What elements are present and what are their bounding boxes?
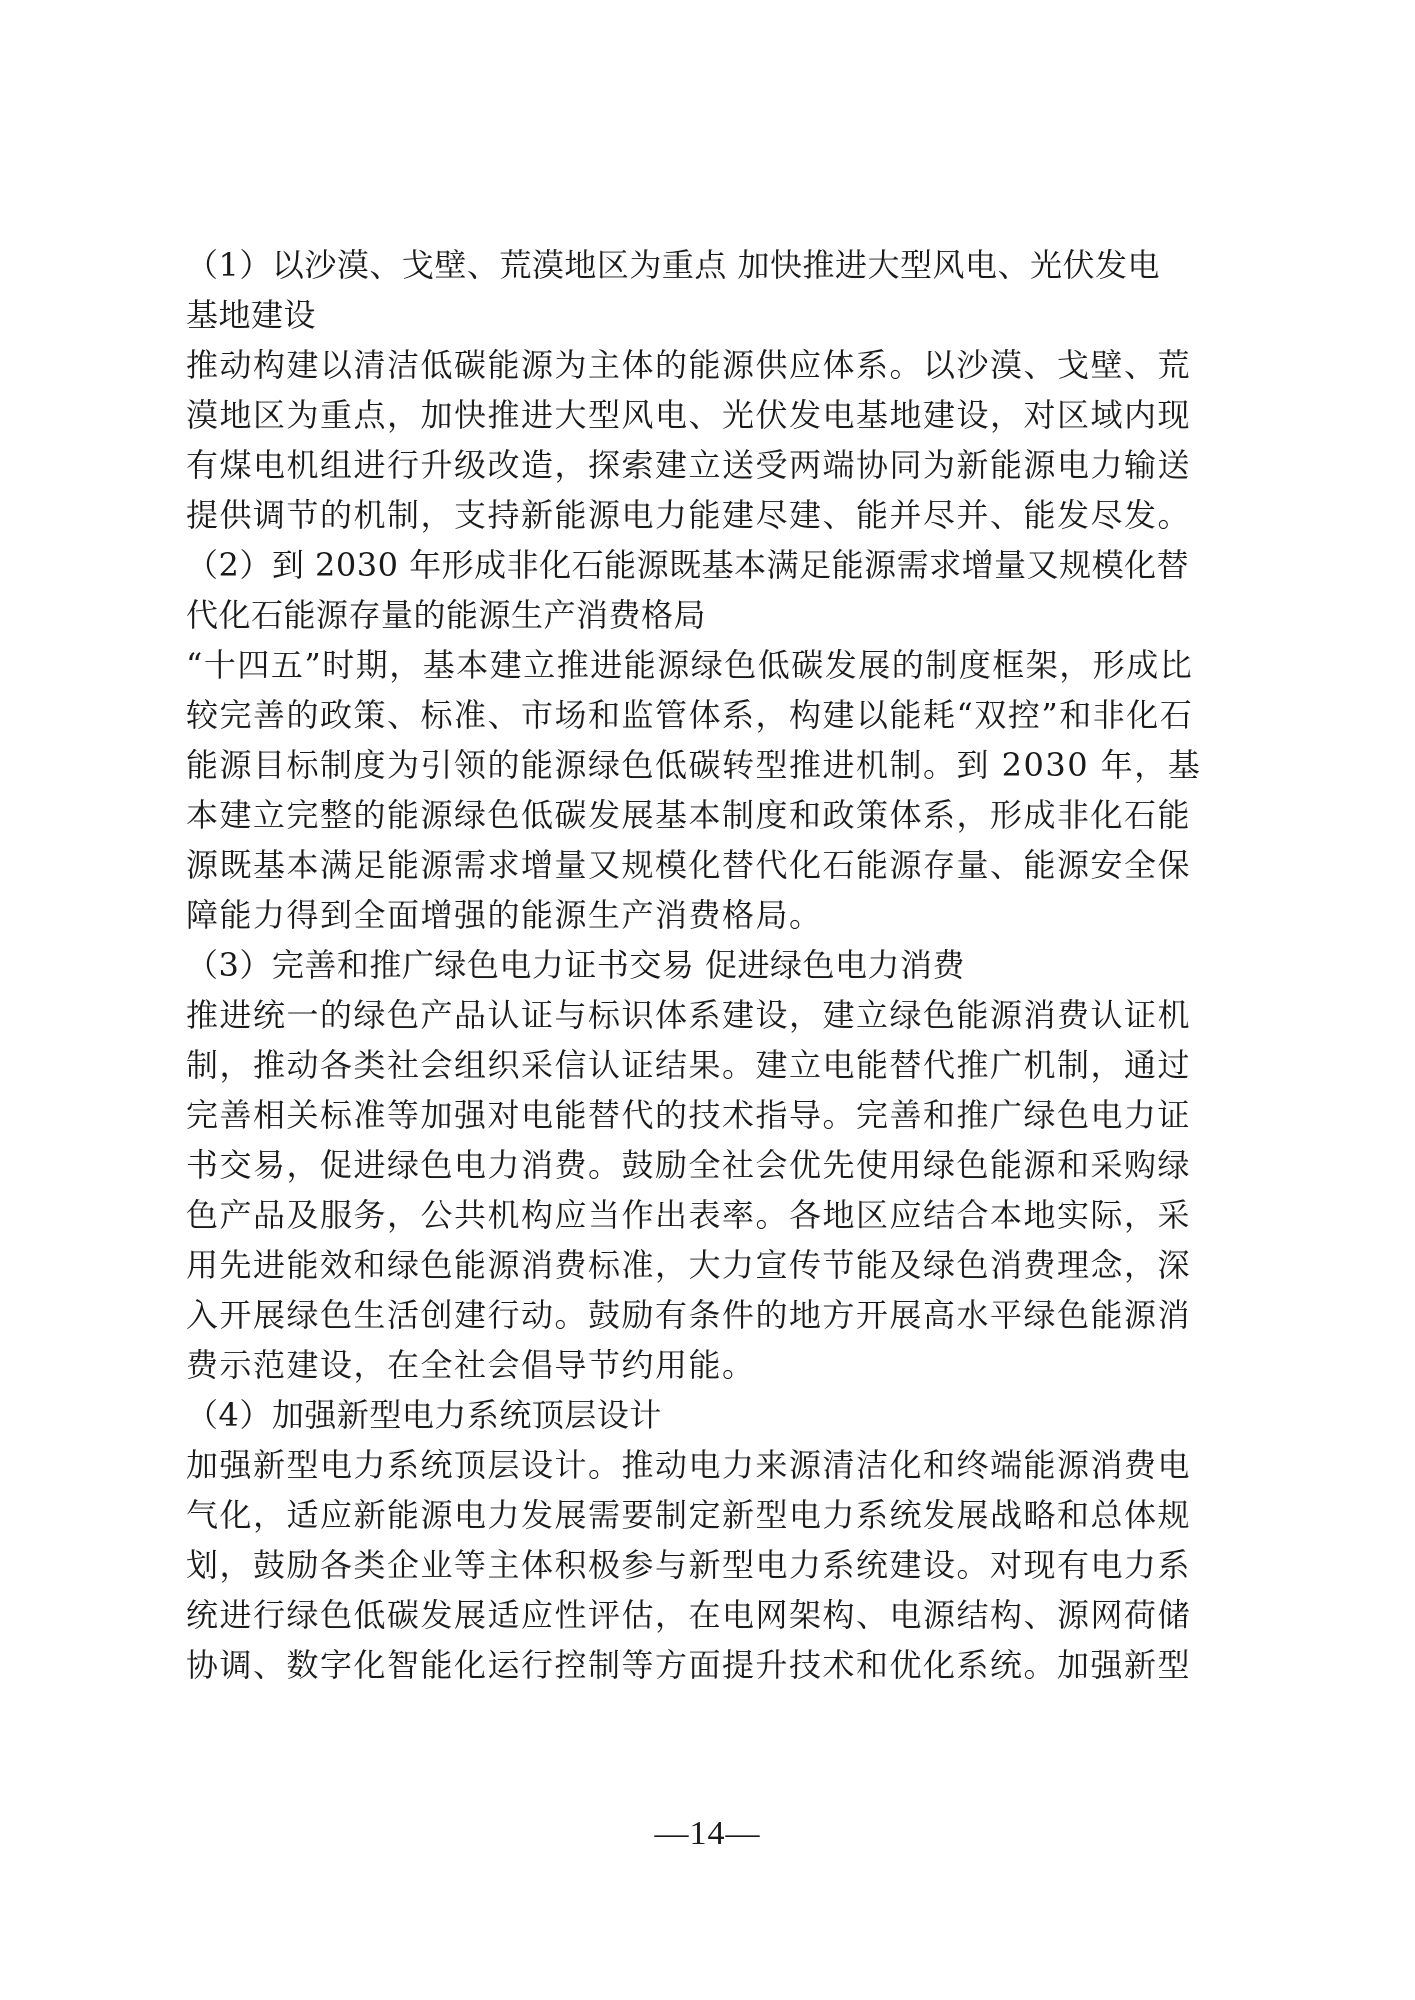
paragraph-line: 推进统一的绿色产品认证与标识体系建设，建立绿色能源消费认证机 (186, 990, 1246, 1040)
section-heading: 代化石能源存量的能源生产消费格局 (186, 590, 1246, 640)
section-heading: （3）完善和推广绿色电力证书交易 促进绿色电力消费 (186, 940, 1246, 990)
paragraph-line: 协调、数字化智能化运行控制等方面提升技术和优化系统。加强新型 (186, 1640, 1246, 1690)
paragraph-line: 漠地区为重点，加快推进大型风电、光伏发电基地建设，对区域内现 (186, 390, 1246, 440)
paragraph-line: 入开展绿色生活创建行动。鼓励有条件的地方开展高水平绿色能源消 (186, 1290, 1246, 1340)
page-content: （1）以沙漠、戈壁、荒漠地区为重点 加快推进大型风电、光伏发电 基地建设 推动构… (186, 240, 1246, 1690)
document-page: （1）以沙漠、戈壁、荒漠地区为重点 加快推进大型风电、光伏发电 基地建设 推动构… (0, 0, 1415, 2000)
paragraph-line: 用先进能效和绿色能源消费标准，大力宣传节能及绿色消费理念，深 (186, 1240, 1246, 1290)
paragraph-line: 能源目标制度为引领的能源绿色低碳转型推进机制。到 2030 年，基 (186, 740, 1246, 790)
section-heading: （2）到 2030 年形成非化石能源既基本满足能源需求增量又规模化替 (186, 540, 1246, 590)
paragraph-line: 较完善的政策、标准、市场和监管体系，构建以能耗“双控”和非化石 (186, 690, 1246, 740)
paragraph-line: 统进行绿色低碳发展适应性评估，在电网架构、电源结构、源网荷储 (186, 1590, 1246, 1640)
paragraph-line: 加强新型电力系统顶层设计。推动电力来源清洁化和终端能源消费电 (186, 1440, 1246, 1490)
paragraph-line: 划，鼓励各类企业等主体积极参与新型电力系统建设。对现有电力系 (186, 1540, 1246, 1590)
paragraph-line: 本建立完整的能源绿色低碳发展基本制度和政策体系，形成非化石能 (186, 790, 1246, 840)
paragraph-line: 推动构建以清洁低碳能源为主体的能源供应体系。以沙漠、戈壁、荒 (186, 340, 1246, 390)
paragraph-line: 制，推动各类社会组织采信认证结果。建立电能替代推广机制，通过 (186, 1040, 1246, 1090)
paragraph-line: “十四五”时期，基本建立推进能源绿色低碳发展的制度框架，形成比 (186, 640, 1246, 690)
section-heading: （4）加强新型电力系统顶层设计 (186, 1390, 1246, 1440)
paragraph-line: 源既基本满足能源需求增量又规模化替代化石能源存量、能源安全保 (186, 840, 1246, 890)
page-number: —14— (0, 1815, 1415, 1853)
section-heading: 基地建设 (186, 290, 1246, 340)
paragraph-line: 障能力得到全面增强的能源生产消费格局。 (186, 890, 1246, 940)
paragraph-line: 费示范建设，在全社会倡导节约用能。 (186, 1340, 1246, 1390)
paragraph-line: 提供调节的机制，支持新能源电力能建尽建、能并尽并、能发尽发。 (186, 490, 1246, 540)
paragraph-line: 气化，适应新能源电力发展需要制定新型电力系统发展战略和总体规 (186, 1490, 1246, 1540)
paragraph-line: 色产品及服务，公共机构应当作出表率。各地区应结合本地实际，采 (186, 1190, 1246, 1240)
section-heading: （1）以沙漠、戈壁、荒漠地区为重点 加快推进大型风电、光伏发电 (186, 240, 1246, 290)
paragraph-line: 完善相关标准等加强对电能替代的技术指导。完善和推广绿色电力证 (186, 1090, 1246, 1140)
paragraph-line: 书交易，促进绿色电力消费。鼓励全社会优先使用绿色能源和采购绿 (186, 1140, 1246, 1190)
paragraph-line: 有煤电机组进行升级改造，探索建立送受两端协同为新能源电力输送 (186, 440, 1246, 490)
